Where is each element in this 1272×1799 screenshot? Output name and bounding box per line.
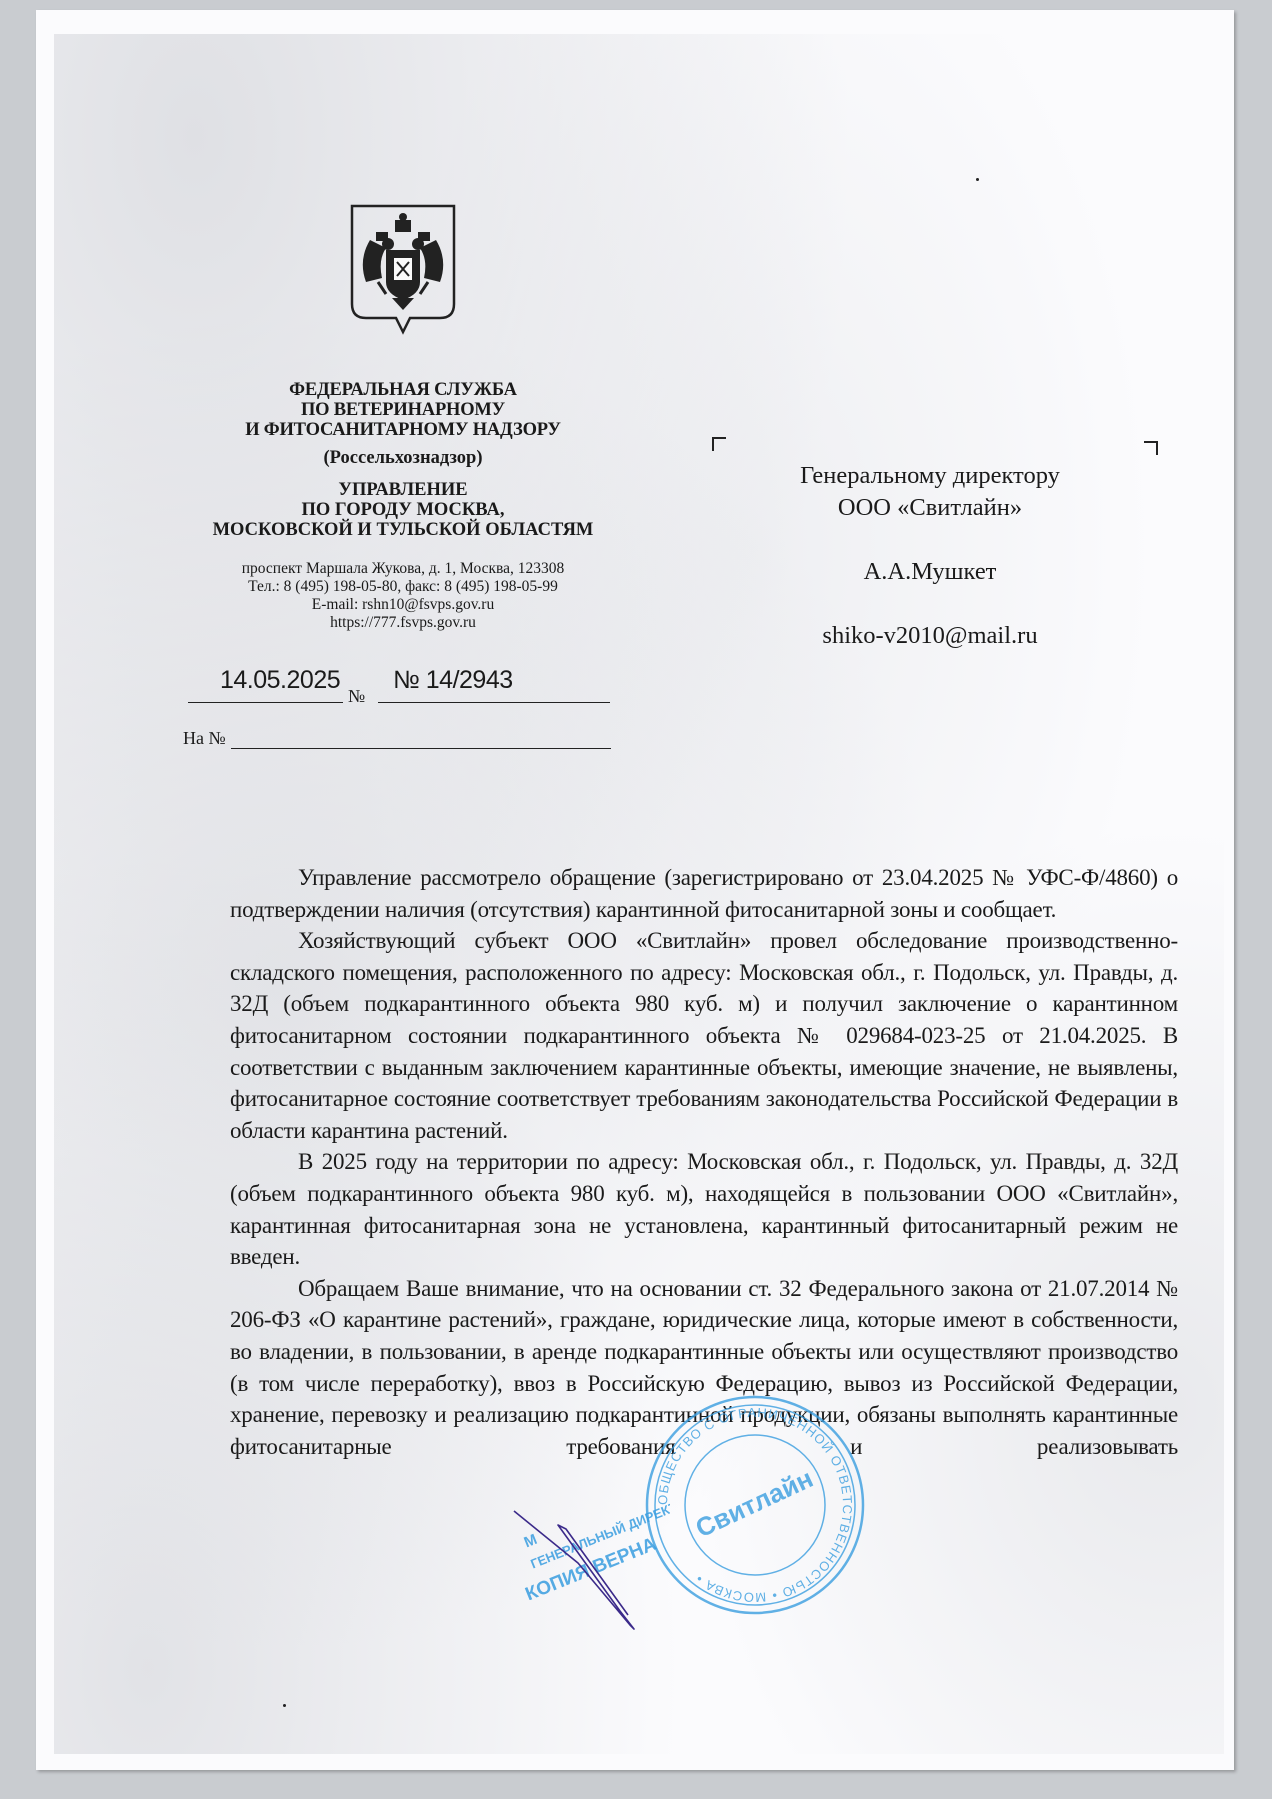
reply-reference: На № [183,728,613,754]
body-paragraph: В 2025 году на территории по адресу: Мос… [230,1146,1178,1272]
contact-block: проспект Маршала Жукова, д. 1, Москва, 1… [178,560,628,632]
date-underline [188,702,343,703]
outgoing-number: № 14/2943 [393,666,513,695]
org-website: https://777.fsvps.gov.ru [178,614,628,632]
org-name-line: И ФИТОСАНИТАРНОМУ НАДЗОРУ [178,420,628,440]
department-line: ПО ГОРОДУ МОСКВА, [178,500,628,520]
addressee-email: shiko-v2010@mail.ru [740,620,1120,652]
org-phone-fax: Тел.: 8 (495) 198-05-80, факс: 8 (495) 1… [178,578,628,596]
reply-reference-underline [231,748,611,749]
department-line: УПРАВЛЕНИЕ [178,480,628,500]
department-line: МОСКОВСКОЙ И ТУЛЬСКОЙ ОБЛАСТЯМ [178,520,628,540]
org-email: E-mail: rshn10@fsvps.gov.ru [178,596,628,614]
scan-speck [283,1704,286,1707]
registration-line: 14.05.2025 № № 14/2943 [188,666,608,710]
department-name: УПРАВЛЕНИЕ ПО ГОРОДУ МОСКВА, МОСКОВСКОЙ … [178,480,628,540]
body-paragraph: Обращаем Ваше внимание, что на основании… [230,1273,1178,1463]
org-address: проспект Маршала Жукова, д. 1, Москва, 1… [178,560,628,578]
org-name: ФЕДЕРАЛЬНАЯ СЛУЖБА ПО ВЕТЕРИНАРНОМУ И ФИ… [178,380,628,440]
outgoing-date: 14.05.2025 [220,666,340,695]
number-underline [378,702,610,703]
addressee-company: ООО «Свитлайн» [740,492,1120,524]
scan-speck [976,178,979,181]
org-name-line: ФЕДЕРАЛЬНАЯ СЛУЖБА [178,380,628,400]
addressee-block: Генеральному директору ООО «Свитлайн» А.… [740,460,1120,652]
addressee-position: Генеральному директору [740,460,1120,492]
address-corner-mark [1144,441,1158,455]
org-name-line: ПО ВЕТЕРИНАРНОМУ [178,400,628,420]
addressee-name: А.А.Мушкет [740,556,1120,588]
letterhead: ФЕДЕРАЛЬНАЯ СЛУЖБА ПО ВЕТЕРИНАРНОМУ И ФИ… [178,380,628,632]
russian-coat-of-arms-icon [348,200,458,336]
letter-body: Управление рассмотрело обращение (зареги… [230,862,1178,1462]
reply-reference-label: На № [183,728,226,749]
body-paragraph: Хозяйствующий субъект ООО «Свитлайн» про… [230,925,1178,1146]
org-abbreviation: (Россельхознадзор) [178,448,628,468]
body-paragraph: Управление рассмотрело обращение (зареги… [230,862,1178,925]
number-sign-label: № [348,686,365,707]
address-corner-mark [712,437,726,451]
